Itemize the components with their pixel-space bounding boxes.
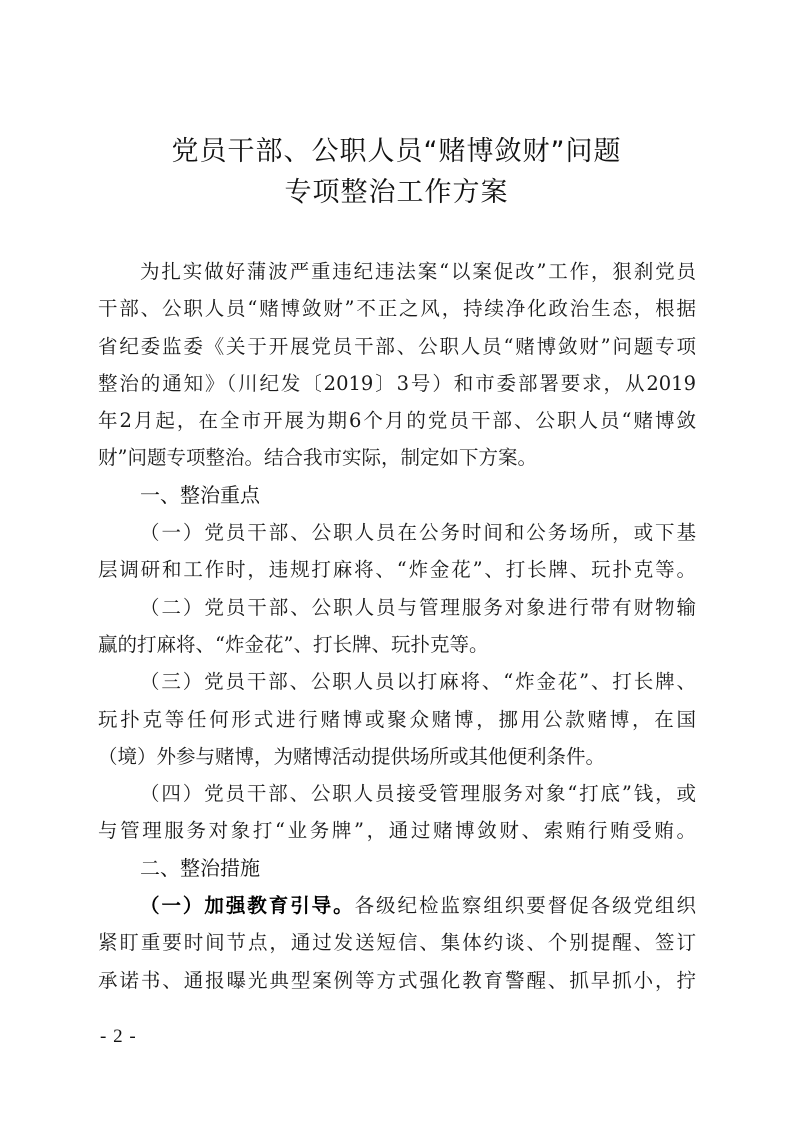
document-body: 为扎实做好蒲波严重违纪违法案“以案促改”工作，狠刹党员 干部、公职人员“赌博敛财… xyxy=(98,253,696,999)
text-line: 为扎实做好蒲波严重违纪违法案“以案促改”工作，狠刹党员 xyxy=(98,253,696,290)
text-line: （一）党员干部、公职人员在公务时间和公务场所，或下基 xyxy=(98,514,696,551)
text-line: 整治的通知》（川纪发〔2019〕3号）和市委部署要求，从2019 xyxy=(98,365,696,402)
text-line: 紧盯重要时间节点，通过发送短信、集体约谈、个别提醒、签订 xyxy=(98,924,696,961)
section-heading-1: 一、整治重点 xyxy=(98,477,696,514)
text-line: 干部、公职人员“赌博敛财”不正之风，持续净化政治生态，根据 xyxy=(98,290,696,327)
section2-item-1: （一）加强教育引导。各级纪检监察组织要督促各级党组织 紧盯重要时间节点，通过发送… xyxy=(98,887,696,999)
text-line: （境）外参与赌博，为赌博活动提供场所或其他便利条件。 xyxy=(98,738,696,775)
text-line: 省纪委监委《关于开展党员干部、公职人员“赌博敛财”问题专项 xyxy=(98,328,696,365)
section-heading-2: 二、整治措施 xyxy=(98,850,696,887)
document-page: 党员干部、公职人员“赌博敛财”问题 专项整治工作方案 为扎实做好蒲波严重违纪违法… xyxy=(0,0,793,1122)
lead-rest-text: 各级纪检监察组织要督促各级党组织 xyxy=(355,894,696,917)
text-line: （二）党员干部、公职人员与管理服务对象进行带有财物输 xyxy=(98,589,696,626)
text-line: （一）加强教育引导。各级纪检监察组织要督促各级党组织 xyxy=(98,887,696,924)
text-line: 财”问题专项整治。结合我市实际，制定如下方案。 xyxy=(98,439,696,476)
text-line: 赢的打麻将、“炸金花”、打长牌、玩扑克等。 xyxy=(98,626,696,663)
section1-item-3: （三）党员干部、公职人员以打麻将、“炸金花”、打长牌、 玩扑克等任何形式进行赌博… xyxy=(98,663,696,775)
text-line: 与管理服务对象打“业务牌”，通过赌博敛财、索贿行贿受贿。 xyxy=(98,812,696,849)
intro-paragraph: 为扎实做好蒲波严重违纪违法案“以案促改”工作，狠刹党员 干部、公职人员“赌博敛财… xyxy=(98,253,696,477)
text-line: 承诺书、通报曝光典型案例等方式强化教育警醒、抓早抓小，拧 xyxy=(98,962,696,999)
text-line: 年2月起，在全市开展为期6个月的党员干部、公职人员“赌博敛 xyxy=(98,402,696,439)
text-line: （四）党员干部、公职人员接受管理服务对象“打底”钱，或 xyxy=(98,775,696,812)
bold-lead-text: （一）加强教育引导。 xyxy=(140,894,355,917)
text-line: （三）党员干部、公职人员以打麻将、“炸金花”、打长牌、 xyxy=(98,663,696,700)
document-title-line-1: 党员干部、公职人员“赌博敛财”问题 xyxy=(0,132,793,172)
document-title-line-2: 专项整治工作方案 xyxy=(0,173,793,213)
text-line: 层调研和工作时，违规打麻将、“炸金花”、打长牌、玩扑克等。 xyxy=(98,551,696,588)
section1-item-2: （二）党员干部、公职人员与管理服务对象进行带有财物输 赢的打麻将、“炸金花”、打… xyxy=(98,589,696,664)
text-line: 玩扑克等任何形式进行赌博或聚众赌博，挪用公款赌博，在国 xyxy=(98,701,696,738)
section1-item-4: （四）党员干部、公职人员接受管理服务对象“打底”钱，或 与管理服务对象打“业务牌… xyxy=(98,775,696,850)
page-number: - 2 - xyxy=(100,1026,137,1048)
section1-item-1: （一）党员干部、公职人员在公务时间和公务场所，或下基 层调研和工作时，违规打麻将… xyxy=(98,514,696,589)
